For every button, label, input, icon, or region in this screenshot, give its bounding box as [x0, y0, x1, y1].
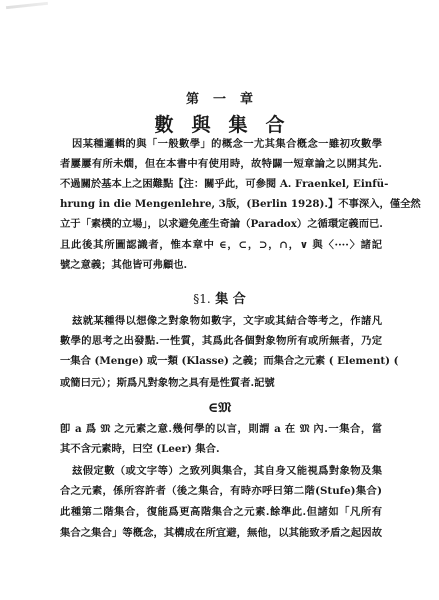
text-line: 玆就某種得以想像之對象物如數字，文字或其結合等考之，作諸凡 — [72, 314, 382, 328]
text-line: 此種第二階集合，復能爲更高階集合之元素.餘準此.但諸如「凡所有 — [60, 505, 382, 519]
text-line: 號之意義；其他皆可弗顧也. — [60, 258, 382, 272]
section-title: 集 合 — [215, 292, 246, 307]
text-line: 集合之集合」等槪念，其構成在所宜避，無他，以其能致矛盾之起因故 — [60, 526, 382, 540]
section-heading: §1. 集 合 — [0, 288, 439, 307]
text-line: 者屢屢有所未燗，但在本書中有使用時，故特闢一短章論之以開其先. — [60, 157, 382, 171]
text-line: 且此後其所圖認識者，惟本章中 ∈，⊂，⊃，∩，∨ 與〈····〉諸記 — [60, 238, 382, 252]
text-line: 或簡曰元）；斯爲凡對象物之具有是性質者.記號 — [60, 376, 382, 390]
text-line: 立于「素樸的立場」，以求避免產生奇論（Paradox）之循環定義而已. — [60, 217, 382, 231]
chapter-title: 數與集合 — [0, 110, 439, 137]
text-line: 其不含元素時，曰空 (Leer) 集合. — [60, 442, 382, 456]
text-line: 卽 a 爲 𝔐 之元素之意.幾何學的以言，則謂 a 在 𝔐 內.一集合，當 — [60, 422, 382, 436]
membership-formula: ∈𝔐 — [0, 400, 439, 416]
text-line: 因某種邏輯的與「一般數學」的概念一尤其集合槪念一雖初攻數學 — [72, 137, 382, 151]
scan-artifact — [6, 2, 48, 9]
text-line: hrung in die Mengenlehre, 3版，(Berlin 192… — [60, 197, 382, 211]
text-line: 不過關於基本上之困難點【注：關乎此，可參閱 A. Fraenkel, Einfü… — [60, 177, 382, 191]
text-line: 數學的思考之出發點.一性質，其爲此各個對象物所有或所無者，乃定 — [60, 334, 382, 348]
chapter-label: 第一章 — [0, 88, 439, 107]
text-line: 合之元素，係所容許者（後之集合，有時亦呼曰第二階(Stufe)集合) — [60, 484, 382, 498]
text-line: 玆假定數（或文字等）之致列與集合，其自身又能視爲對象物及集 — [72, 464, 382, 478]
section-number: §1. — [193, 292, 210, 306]
text-line: 一集合 (Menge) 或一類 (Klasse) 之義；而集合之元素 ( Ele… — [60, 354, 382, 368]
